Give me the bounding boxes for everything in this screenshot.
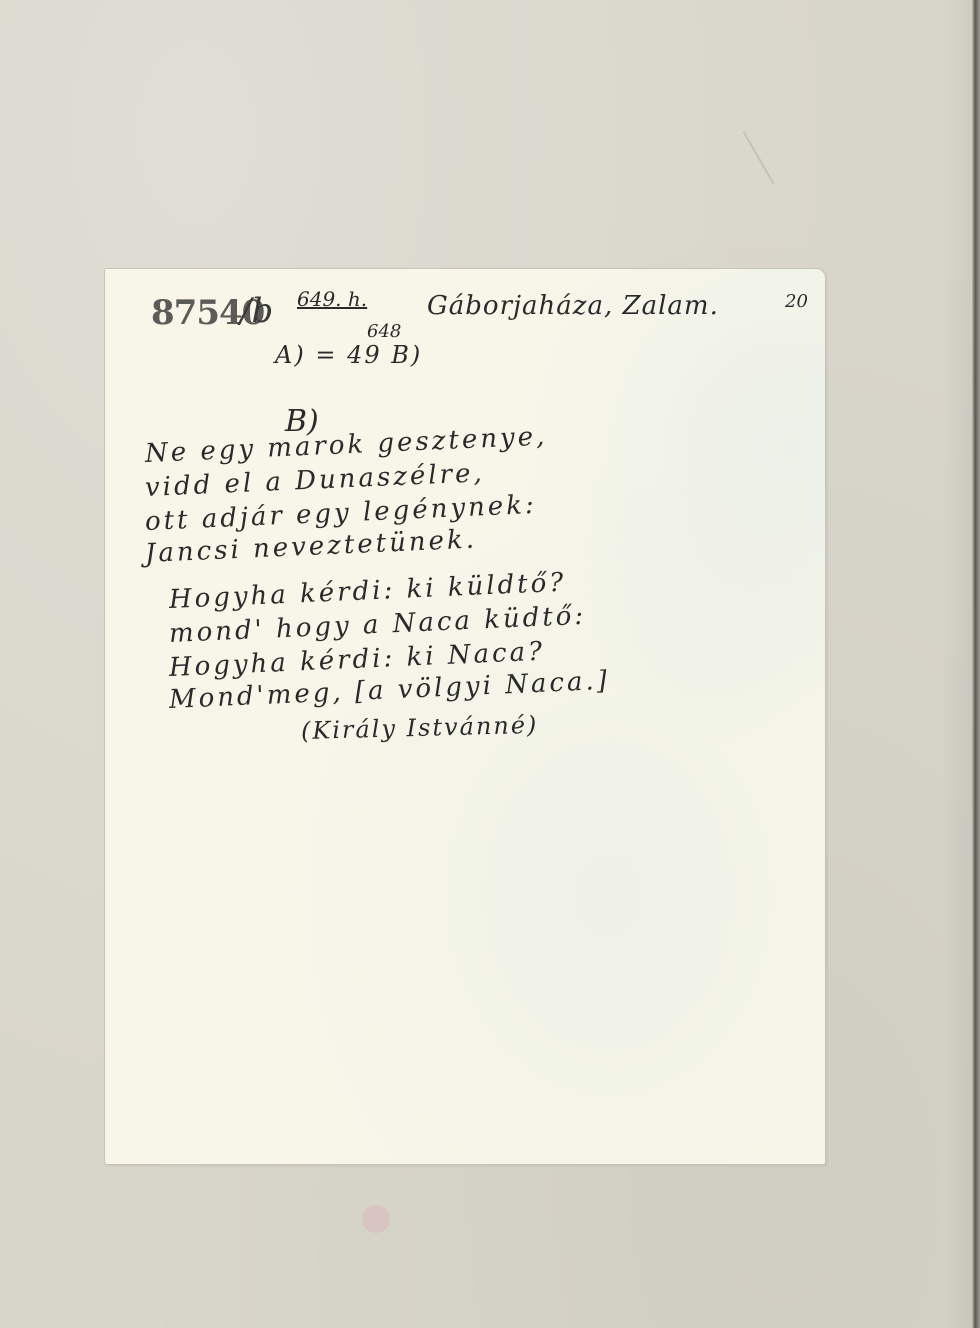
reference-number: 649. h.: [297, 287, 367, 311]
board-edge: [972, 0, 980, 1328]
informant-name: (Király Istvánné): [301, 711, 539, 745]
variant-line: A) = 49 B): [275, 341, 422, 369]
variant-correction: 648: [367, 321, 401, 342]
manuscript-card: 87540 /b 649. h. Gáborjaháza, Zalam. 20 …: [104, 268, 826, 1165]
inventory-stamp-suffix: /b: [240, 291, 273, 331]
board-shade: [942, 0, 972, 1328]
place-name: Gáborjaháza, Zalam.: [427, 291, 719, 321]
stain-mark: [362, 1205, 390, 1233]
verse-line: Ne egy marok gesztenye,: [144, 421, 548, 469]
faint-pencil-mark: [743, 112, 809, 185]
page-number: 20: [785, 291, 808, 312]
